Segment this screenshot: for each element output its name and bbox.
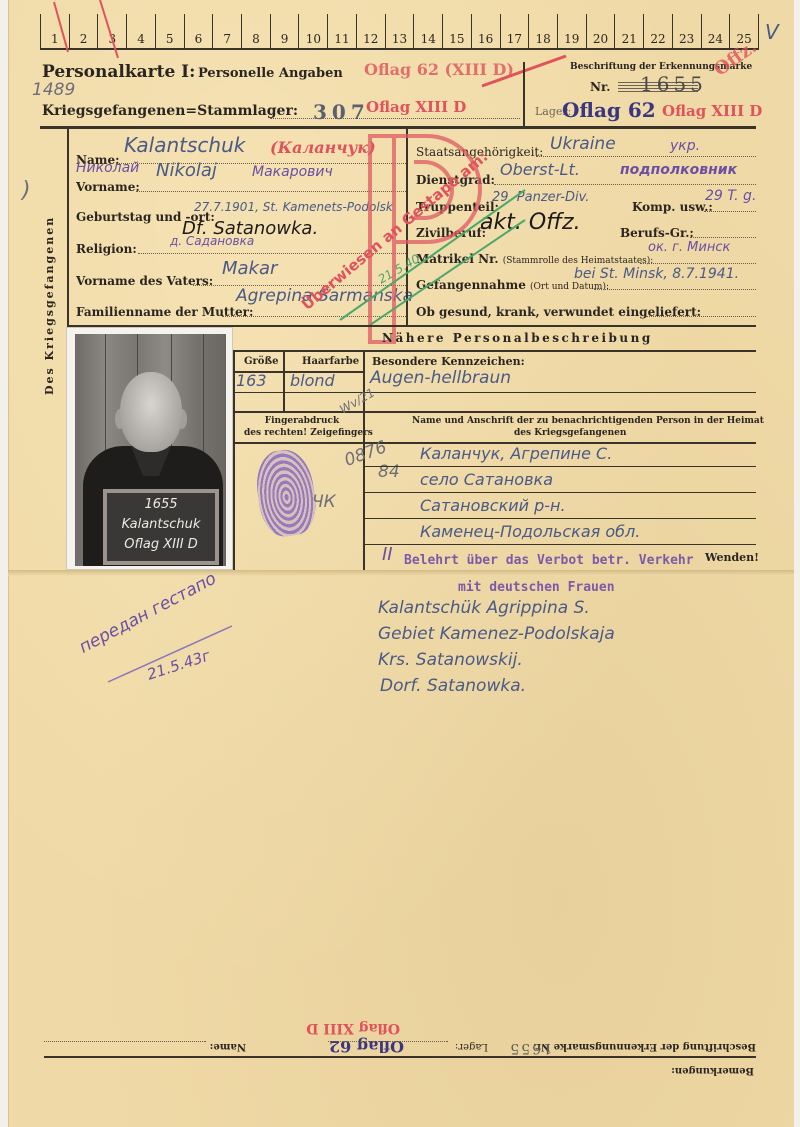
ruler-cell: 21	[614, 14, 643, 50]
kontakt-rule-1	[363, 466, 756, 467]
red-strike-line	[480, 50, 570, 90]
gefangen-sub: (Ort und Datum):	[530, 282, 609, 292]
nr-label: Nr.	[590, 80, 610, 94]
gefangen-line	[594, 289, 756, 290]
groesse-value: 163	[236, 371, 267, 390]
slate-name: Kalantschuk	[107, 515, 215, 535]
pencil-mark: )	[22, 178, 31, 203]
footer-lager-label: Lager:	[455, 1041, 488, 1052]
ruler-end	[758, 14, 759, 50]
komp-value: 29 T. g.	[705, 188, 756, 204]
kontakt-label-1: Name und Anschrift der zu benachrichtige…	[412, 416, 764, 426]
stammlager-line	[270, 118, 520, 119]
ruler-cell: 14	[413, 14, 442, 50]
desc-rule-top	[233, 350, 756, 352]
kontakt-line-4: Каменец-Подольская обл.	[420, 522, 640, 541]
address-line-2: Gebiet Kamenez-Podolskaja	[378, 624, 615, 644]
berufs-line	[690, 237, 756, 238]
eingeliefert-line	[646, 316, 756, 317]
kontakt-rule-2	[363, 492, 756, 493]
description-title: Nähere Personalbeschreibung	[382, 331, 653, 345]
note-underline	[100, 620, 240, 690]
slate-number: 1655	[107, 495, 215, 515]
footer-erkennungsmarke: Beschriftung der Erkennungsmarke Nr.	[533, 1041, 756, 1052]
finger-note: ЧК	[312, 492, 336, 512]
card-title: Personalkarte I:	[42, 62, 195, 82]
ruler-cell: 11	[327, 14, 356, 50]
footer-name-line	[44, 1041, 206, 1042]
stamp-mark: II	[382, 544, 393, 565]
desc-rule-mid	[233, 411, 756, 413]
kontakt-line-2: село Сатановка	[420, 470, 553, 489]
ruler-cell: 7	[212, 14, 241, 50]
address-line-4: Dorf. Satanowka.	[380, 676, 526, 696]
card-subtitle: Personelle Angaben	[198, 66, 343, 81]
lager-stamp-red: Oflag XIII D	[662, 102, 762, 120]
header-rule	[40, 126, 756, 129]
matrikel-value: ок. г. Минск	[648, 240, 730, 255]
vorname-label: Vorname:	[76, 180, 140, 194]
finger-label-2: des rechten! Zeigefingers	[244, 428, 373, 438]
komp-label: Komp. usw.:	[632, 200, 713, 214]
staat-value: Ukraine	[550, 134, 616, 154]
slate-camp: Oflag XIII D	[107, 535, 215, 555]
kennzeichen-value: Augen-hellbraun	[370, 368, 511, 388]
ruler-cell: 8	[241, 14, 270, 50]
ruler-cell: 16	[471, 14, 500, 50]
stammlager-label: Kriegsgefangenen=Stammlager:	[42, 103, 298, 119]
komp-line	[704, 211, 756, 212]
footer-name-label: Name:	[210, 1041, 246, 1052]
paper-fold	[8, 570, 794, 576]
lager-stamp-blue: Oflag 62	[562, 98, 656, 122]
margin-note: 1489	[32, 80, 75, 100]
footer-nr-value: 1655	[508, 1040, 552, 1056]
ruler-strip: 1234567891011121314151617181920212223242…	[40, 14, 758, 50]
ruler-cell: 6	[184, 14, 213, 50]
desc-left-border	[233, 350, 235, 570]
ruler-cell: 10	[298, 14, 327, 50]
haarfarbe-value: blond	[290, 371, 335, 390]
wenden-label: Wenden!	[705, 551, 759, 564]
groesse-divider	[283, 350, 285, 412]
religion-value: д. Садановка	[170, 234, 254, 248]
address-line-1: Kalantschük Agrippina S.	[378, 598, 590, 618]
matrikel-line	[640, 263, 756, 264]
kontakt-rule-3	[363, 518, 756, 519]
header-divider	[523, 62, 525, 126]
vater-value: Makar	[222, 258, 277, 279]
ruler-cell: 4	[126, 14, 155, 50]
green-pencil-lines	[330, 150, 530, 330]
ruler-cell: 9	[270, 14, 299, 50]
stammlager-stamp: Oflag XIII D	[366, 98, 466, 116]
haarfarbe-label: Haarfarbe	[302, 356, 359, 367]
footer-lager-stamp-red: Oflag XIII D	[306, 1020, 400, 1036]
ruler-cell: 15	[442, 14, 471, 50]
kontakt-rule-4	[363, 544, 756, 545]
gefangen-value: bei St. Minsk, 8.7.1941.	[574, 266, 739, 282]
ruler-cell: 23	[672, 14, 701, 50]
kontakt-label-2: des Kriegsgefangenen	[514, 428, 626, 438]
footer-lager-stamp-blue: Oflag 62	[329, 1037, 404, 1056]
vorname-value: Nikolaj	[156, 160, 217, 181]
ruler-cell: 20	[586, 14, 615, 50]
desc-row-rule	[233, 392, 756, 393]
photo-image: 1655 Kalantschuk Oflag XIII D	[75, 334, 226, 566]
nr-value: 1655	[640, 72, 707, 96]
dienstgrad-cyrillic: подполковник	[620, 162, 737, 178]
berufs-label: Berufs-Gr.:	[620, 226, 694, 240]
side-label: Des Kriegsgefangenen	[43, 216, 56, 395]
belehrt-stamp-line-1: Belehrt über das Verbot betr. Verkehr	[404, 553, 694, 568]
ruler-cell: 22	[643, 14, 672, 50]
kontakt-line-1: Каланчук, Агрепине С.	[420, 444, 612, 463]
dienstgrad-line	[494, 184, 756, 185]
ruler-cell: 17	[500, 14, 529, 50]
footer-bemerkungen: Bemerkungen:	[671, 1065, 754, 1076]
staat-line	[536, 156, 756, 157]
ruler-cell: 5	[155, 14, 184, 50]
vorname-cyrillic: Николай	[76, 160, 139, 176]
address-line-3: Krs. Satanowskij.	[378, 650, 523, 670]
groesse-label: Größe	[244, 356, 278, 367]
photo-slate: 1655 Kalantschuk Oflag XIII D	[103, 489, 219, 565]
stammlager-value: 307	[313, 100, 370, 124]
ruler-cell: 24	[701, 14, 730, 50]
check-mark: V	[765, 20, 779, 44]
name-value: Kalantschuk	[124, 133, 245, 157]
prisoner-photo: 1655 Kalantschuk Oflag XIII D	[66, 327, 233, 570]
ruler-cell: 13	[385, 14, 414, 50]
patronymic-cyrillic: Макарович	[252, 164, 333, 180]
belehrt-stamp-line-2: mit deutschen Frauen	[458, 580, 615, 595]
staat-note: укр.	[670, 138, 700, 154]
footer-rule	[44, 1056, 756, 1058]
ruler-cell: 19	[557, 14, 586, 50]
pencil-note-2: 84	[378, 462, 400, 482]
ruler-cell: 18	[528, 14, 557, 50]
footer-lager-line	[328, 1041, 448, 1042]
kontakt-line-3: Сатановский р-н.	[420, 496, 566, 515]
red-pencil-strokes	[40, 0, 130, 60]
ruler-cell: 12	[356, 14, 385, 50]
finger-label-1: Fingerabdruck	[262, 416, 342, 426]
inverted-footer: Bemerkungen: Beschriftung der Erkennungs…	[0, 1030, 800, 1120]
religion-label: Religion:	[76, 242, 137, 256]
kennzeichen-label: Besondere Kennzeichen:	[372, 355, 525, 368]
left-border	[67, 128, 69, 328]
